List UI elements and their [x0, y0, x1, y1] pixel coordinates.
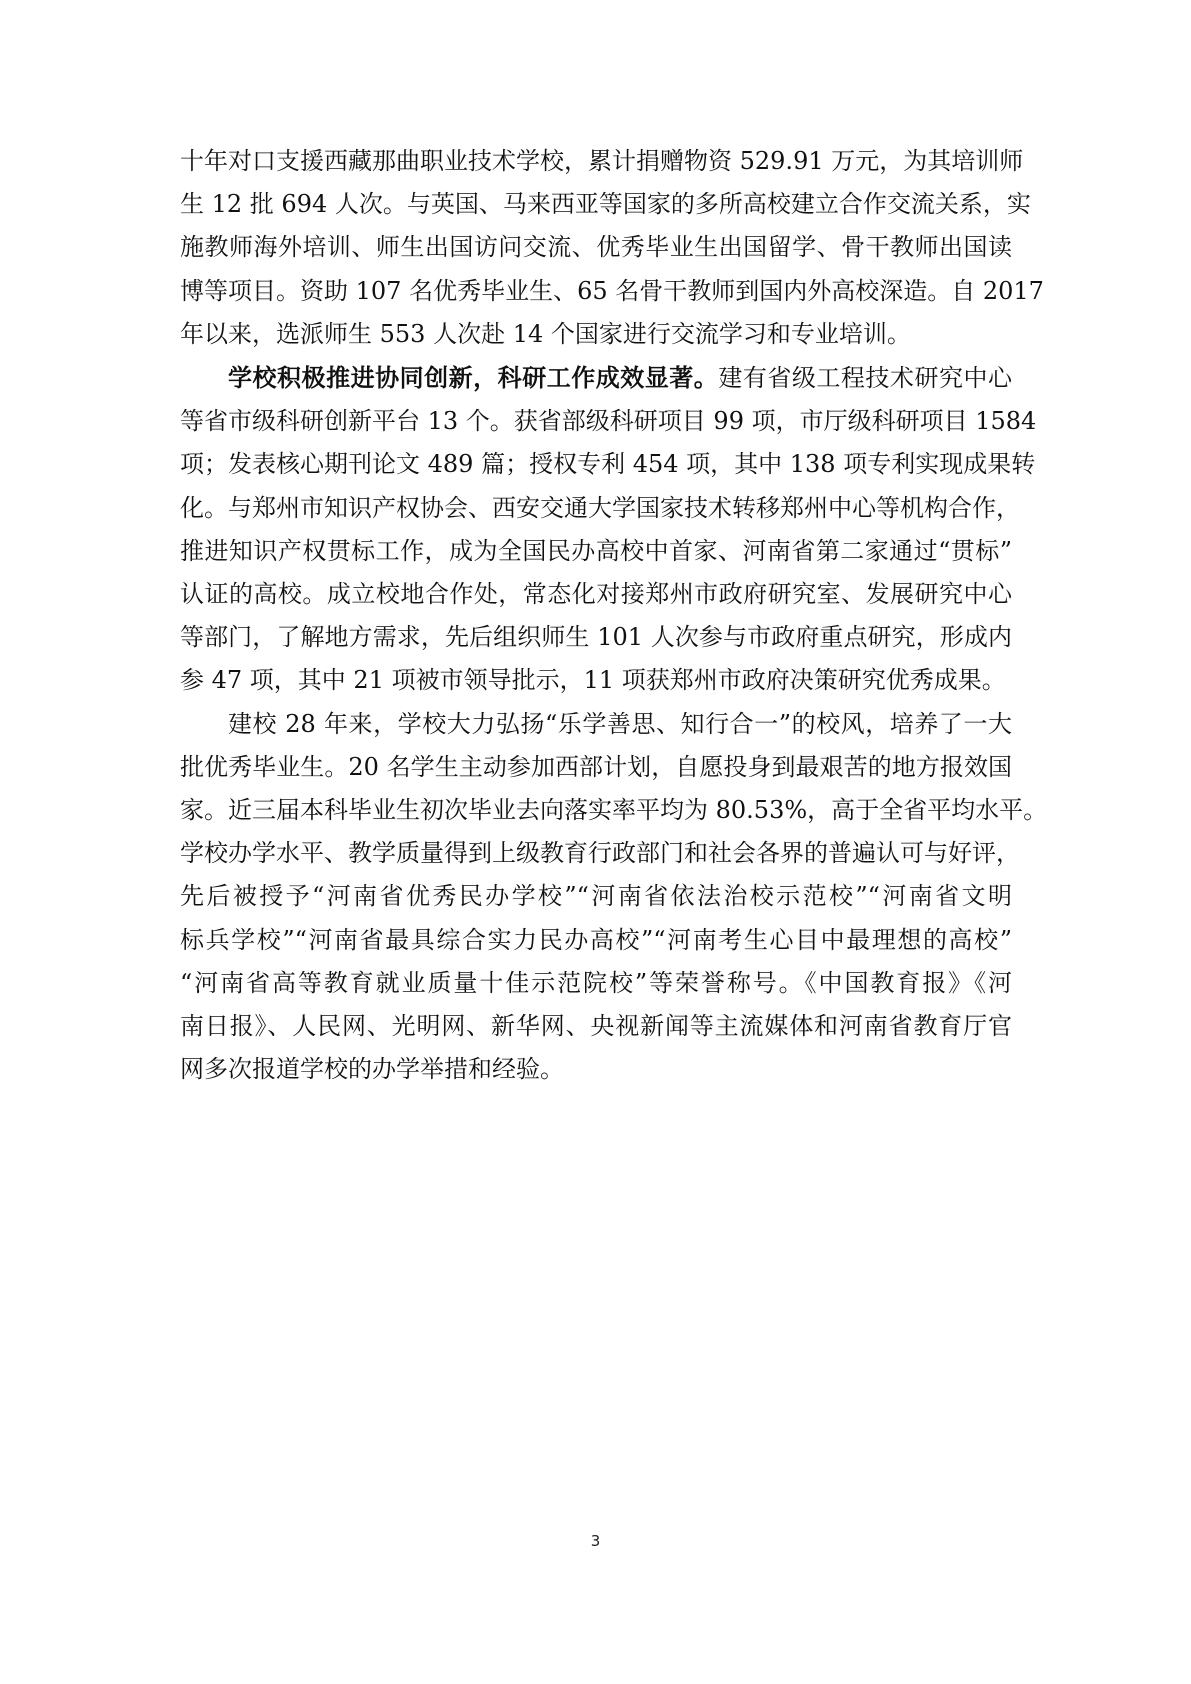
text-line: 博等项目。资助 107 名优秀毕业生、65 名骨干教师到国内外高校深造。自 20… [180, 270, 1012, 313]
text-line: “河南省高等教育就业质量十佳示范院校”等荣誉称号。《中国教育报》《河 [180, 962, 1012, 1005]
text-line: 推进知识产权贯标工作，成为全国民办高校中首家、河南省第二家通过“贯标” [180, 530, 1012, 573]
text-line: 等部门，了解地方需求，先后组织师生 101 人次参与市政府重点研究，形成内 [180, 616, 1012, 659]
text-line: 先后被授予“河南省优秀民办学校”“河南省依法治校示范校”“河南省文明 [180, 875, 1012, 918]
text-line: 学校积极推进协同创新，科研工作成效显著。建有省级工程技术研究中心 [180, 356, 1012, 400]
text-line: 南日报》、人民网、光明网、新华网、央视新闻等主流媒体和河南省教育厅官 [180, 1005, 1012, 1048]
text-line: 施教师海外培训、师生出国访问交流、优秀毕业生出国留学、骨干教师出国读 [180, 226, 1012, 269]
paragraph-research-innovation: 学校积极推进协同创新，科研工作成效显著。建有省级工程技术研究中心 等省市级科研创… [180, 356, 1012, 703]
text-line: 项；发表核心期刊论文 489 篇；授权专利 454 项，其中 138 项专利实现… [180, 443, 1012, 486]
paragraph-international-cooperation: 十年对口支援西藏那曲职业技术学校，累计捐赠物资 529.91 万元，为其培训师 … [180, 140, 1012, 356]
paragraph-school-achievements: 建校 28 年来，学校大力弘扬“乐学善思、知行合一”的校风，培养了一大 批优秀毕… [180, 703, 1012, 1092]
text-line: 标兵学校”“河南省最具综合实力民办高校”“河南考生心目中最理想的高校” [180, 919, 1012, 962]
text-line: 网多次报道学校的办学举措和经验。 [180, 1048, 1012, 1091]
text-line: 批优秀毕业生。20 名学生主动参加西部计划，自愿投身到最艰苦的地方报效国 [180, 746, 1012, 789]
text-line: 家。近三届本科毕业生初次毕业去向落实率平均为 80.53%，高于全省平均水平。 [180, 789, 1012, 832]
page-number: 3 [0, 1532, 1191, 1550]
text-line: 参 47 项，其中 21 项被市领导批示，11 项获郑州市政府决策研究优秀成果。 [180, 659, 1012, 702]
text-line: 十年对口支援西藏那曲职业技术学校，累计捐赠物资 529.91 万元，为其培训师 [180, 140, 1012, 183]
text-line: 认证的高校。成立校地合作处，常态化对接郑州市政府研究室、发展研究中心 [180, 573, 1012, 616]
text-line: 生 12 批 694 人次。与英国、马来西亚等国家的多所高校建立合作交流关系，实 [180, 183, 1012, 226]
text-line: 等省市级科研创新平台 13 个。获省部级科研项目 99 项，市厅级科研项目 15… [180, 400, 1012, 443]
text-line: 建校 28 年来，学校大力弘扬“乐学善思、知行合一”的校风，培养了一大 [180, 703, 1012, 746]
text-line: 化。与郑州市知识产权协会、西安交通大学国家技术转移郑州中心等机构合作， [180, 487, 1012, 530]
paragraph-heading: 学校积极推进协同创新，科研工作成效显著。 [228, 363, 718, 392]
document-page: 十年对口支援西藏那曲职业技术学校，累计捐赠物资 529.91 万元，为其培训师 … [180, 140, 1012, 1091]
text-line-rest: 建有省级工程技术研究中心 [718, 364, 1012, 392]
text-line: 学校办学水平、教学质量得到上级教育行政部门和社会各界的普遍认可与好评， [180, 832, 1012, 875]
text-line: 年以来，选派师生 553 人次赴 14 个国家进行交流学习和专业培训。 [180, 313, 1012, 356]
